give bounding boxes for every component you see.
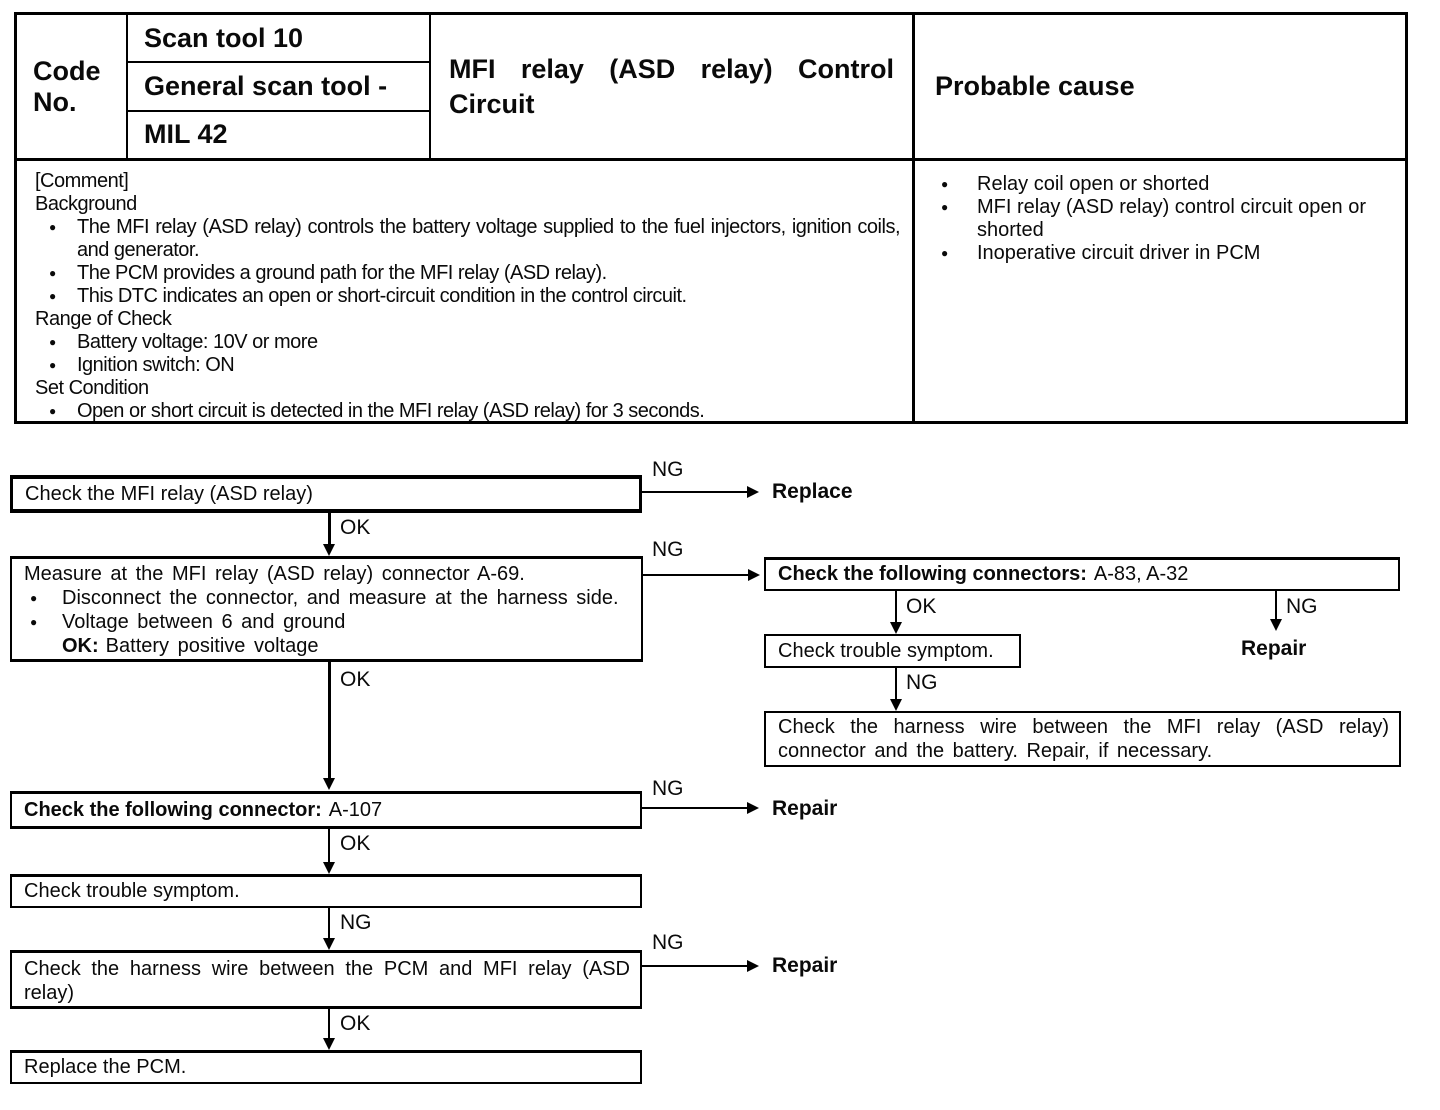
flow-box-replace-pcm: Replace the PCM. bbox=[10, 1050, 642, 1084]
flow-box-text-value: A-107 bbox=[329, 799, 382, 822]
scan-tool-cell: Scan tool 10 General scan tool - MIL 42 bbox=[128, 15, 431, 161]
background-item: ● The PCM provides a ground path for the… bbox=[35, 262, 900, 285]
flow-box-check-connector-a107: Check the following connector:A-107 bbox=[10, 791, 642, 829]
general-scan-tool-row: General scan tool - bbox=[128, 61, 429, 109]
background-item-text: This DTC indicates an open or short-circ… bbox=[77, 285, 900, 308]
arrow-down-icon bbox=[890, 699, 902, 711]
ok-label: OK bbox=[340, 668, 370, 692]
range-item-text: Battery voltage: 10V or more bbox=[77, 331, 900, 354]
bullet-icon: ● bbox=[35, 354, 77, 377]
arrow-down-icon bbox=[1270, 619, 1282, 631]
ng-arrow-line bbox=[642, 807, 747, 809]
range-item: ● Battery voltage: 10V or more bbox=[35, 331, 900, 354]
ng-label: NG bbox=[1286, 595, 1318, 619]
ng-label: NG bbox=[652, 931, 684, 955]
probable-cause-cell: ● Relay coil open or shorted ● MFI relay… bbox=[915, 161, 1405, 423]
dtc-manual-page: Code No. Scan tool 10 General scan tool … bbox=[0, 0, 1440, 1110]
ok-label: OK bbox=[340, 1012, 370, 1036]
ng-label: NG bbox=[652, 777, 684, 801]
flow-box-check-connectors-a83-a32: Check the following connectors:A-83, A-3… bbox=[764, 557, 1400, 591]
probable-cause-header: Probable cause bbox=[935, 71, 1135, 102]
background-item: ● This DTC indicates an open or short-ci… bbox=[35, 285, 900, 308]
ng-label: NG bbox=[652, 458, 684, 482]
ng-arrow-line bbox=[328, 908, 330, 938]
probable-cause-item: ● Relay coil open or shorted bbox=[931, 173, 1395, 196]
bullet-icon: ● bbox=[24, 586, 62, 610]
flow-box-check-trouble-symptom-right: Check trouble symptom. bbox=[764, 634, 1021, 668]
flow-box-text: Check the MFI relay (ASD relay) bbox=[25, 483, 313, 506]
background-item-text: The PCM provides a ground path for the M… bbox=[77, 262, 900, 285]
ok-arrow-line bbox=[328, 829, 330, 862]
background-label: Background bbox=[35, 193, 900, 216]
mil-row: MIL 42 bbox=[128, 110, 429, 158]
flow-box-text: Check the harness wire between the MFI r… bbox=[778, 716, 1389, 762]
arrow-down-icon bbox=[323, 544, 335, 556]
ok-label: OK bbox=[906, 595, 936, 619]
ok-arrow-line bbox=[328, 662, 331, 778]
set-condition-item: ● Open or short circuit is detected in t… bbox=[35, 400, 900, 423]
probable-cause-item-text: Relay coil open or shorted bbox=[977, 173, 1395, 196]
ng-arrow-line bbox=[895, 668, 897, 699]
flow-box-text: Check the harness wire between the PCM a… bbox=[24, 958, 630, 1004]
repair-result: Repair bbox=[772, 797, 837, 821]
general-scan-tool-label: General scan tool - bbox=[144, 71, 387, 102]
dtc-header-table: Code No. Scan tool 10 General scan tool … bbox=[14, 12, 1408, 424]
arrow-right-icon bbox=[748, 569, 760, 581]
ok-value: Battery positive voltage bbox=[106, 635, 319, 657]
ok-prefix: OK: bbox=[62, 635, 99, 657]
flow-box-text: Replace the PCM. bbox=[24, 1056, 186, 1079]
bullet-icon: ● bbox=[931, 196, 977, 242]
ng-arrow-line bbox=[643, 574, 748, 576]
ng-label: NG bbox=[340, 911, 372, 935]
code-no-label: Code No. bbox=[33, 56, 126, 118]
repair-result: Repair bbox=[772, 954, 837, 978]
ng-arrow-line bbox=[642, 491, 747, 493]
flow-box-title: Measure at the MFI relay (ASD relay) con… bbox=[24, 562, 631, 586]
background-item: ● The MFI relay (ASD relay) controls the… bbox=[35, 216, 900, 262]
probable-cause-item-text: Inoperative circuit driver in PCM bbox=[977, 242, 1395, 265]
scan-tool-row: Scan tool 10 bbox=[128, 15, 429, 61]
bullet-icon: ● bbox=[24, 610, 62, 634]
probable-cause-item: ● MFI relay (ASD relay) control circuit … bbox=[931, 196, 1395, 242]
dtc-title: MFI relay (ASD relay) Control Circuit bbox=[449, 52, 894, 122]
arrow-down-icon bbox=[890, 622, 902, 634]
flow-box-bullet: ● Disconnect the connector, and measure … bbox=[24, 586, 631, 610]
scan-tool-10-label: Scan tool 10 bbox=[144, 23, 303, 54]
flow-box-text: Check trouble symptom. bbox=[778, 640, 994, 663]
flow-box-bullet-text: Voltage between 6 and ground bbox=[62, 610, 345, 634]
range-item: ● Ignition switch: ON bbox=[35, 354, 900, 377]
arrow-down-icon bbox=[323, 778, 335, 790]
flow-box-text-value: A-83, A-32 bbox=[1094, 563, 1189, 586]
arrow-down-icon bbox=[323, 1038, 335, 1050]
flow-box-measure-connector-a69: Measure at the MFI relay (ASD relay) con… bbox=[10, 556, 643, 662]
flow-box-bullet-text: Disconnect the connector, and measure at… bbox=[62, 586, 619, 610]
probable-cause-item: ● Inoperative circuit driver in PCM bbox=[931, 242, 1395, 265]
arrow-down-icon bbox=[323, 938, 335, 950]
range-of-check-label: Range of Check bbox=[35, 308, 900, 331]
probable-cause-header-cell: Probable cause bbox=[915, 15, 1405, 161]
flow-box-check-pcm-harness: Check the harness wire between the PCM a… bbox=[10, 950, 642, 1009]
bullet-icon: ● bbox=[931, 242, 977, 265]
flow-box-text-bold: Check the following connectors: bbox=[778, 563, 1087, 586]
set-condition-item-text: Open or short circuit is detected in the… bbox=[77, 400, 900, 423]
code-no-cell: Code No. bbox=[17, 15, 128, 161]
range-item-text: Ignition switch: ON bbox=[77, 354, 900, 377]
ok-arrow-line bbox=[328, 513, 331, 544]
ok-label: OK bbox=[340, 832, 370, 856]
arrow-down-icon bbox=[323, 862, 335, 874]
ng-label: NG bbox=[906, 671, 938, 695]
repair-result: Repair bbox=[1241, 637, 1306, 661]
flow-box-check-trouble-symptom: Check trouble symptom. bbox=[10, 874, 642, 908]
bullet-icon: ● bbox=[931, 173, 977, 196]
dtc-title-cell: MFI relay (ASD relay) Control Circuit bbox=[431, 15, 915, 161]
ng-arrow-line bbox=[642, 965, 747, 967]
comment-tag: [Comment] bbox=[35, 170, 900, 193]
probable-cause-item-text: MFI relay (ASD relay) control circuit op… bbox=[977, 196, 1395, 242]
background-item-text: The MFI relay (ASD relay) controls the b… bbox=[77, 216, 900, 262]
flow-box-text: Check trouble symptom. bbox=[24, 880, 240, 903]
ok-arrow-line bbox=[328, 1009, 330, 1038]
arrow-right-icon bbox=[747, 802, 759, 814]
ng-arrow-line bbox=[1275, 591, 1277, 619]
bullet-icon: ● bbox=[35, 285, 77, 308]
bullet-icon: ● bbox=[35, 400, 77, 423]
flow-box-bullet: ● Voltage between 6 and ground bbox=[24, 610, 631, 634]
flow-box-text-bold: Check the following connector: bbox=[24, 799, 322, 822]
flow-box-check-battery-harness: Check the harness wire between the MFI r… bbox=[764, 711, 1401, 767]
bullet-icon: ● bbox=[35, 331, 77, 354]
bullet-icon: ● bbox=[35, 216, 77, 262]
arrow-right-icon bbox=[747, 486, 759, 498]
arrow-right-icon bbox=[747, 960, 759, 972]
set-condition-label: Set Condition bbox=[35, 377, 900, 400]
mil-label: MIL 42 bbox=[144, 119, 228, 150]
ok-arrow-line bbox=[895, 591, 897, 622]
replace-result: Replace bbox=[772, 480, 853, 504]
flow-box-ok-line: OK:Battery positive voltage bbox=[24, 634, 631, 658]
ng-label: NG bbox=[652, 538, 684, 562]
ok-label: OK bbox=[340, 516, 370, 540]
bullet-icon: ● bbox=[35, 262, 77, 285]
comment-cell: [Comment] Background ● The MFI relay (AS… bbox=[17, 161, 915, 423]
flow-box-check-mfi-relay: Check the MFI relay (ASD relay) bbox=[10, 475, 642, 513]
